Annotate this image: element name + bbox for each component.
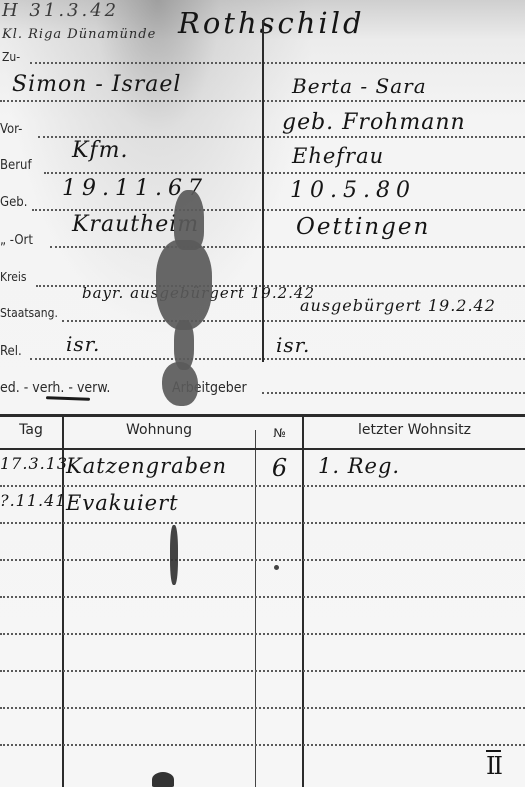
header-tag: Tag (0, 422, 62, 438)
column-divider (262, 20, 264, 362)
line-rel (30, 358, 525, 360)
husband-vorname: Simon - Israel (12, 72, 181, 97)
line-geb (32, 209, 525, 211)
label-kreis: Kreis (0, 270, 27, 284)
husband-beruf: Kfm. (72, 138, 128, 163)
col-line-wohnung (255, 430, 256, 787)
cell-nr: 6 (258, 454, 302, 482)
label-rel: Rel. (0, 344, 22, 359)
header-nr: № (257, 426, 302, 440)
ink-stain-body (156, 240, 212, 330)
label-surname: Zu- (2, 50, 20, 64)
line-arbeitgeber (262, 392, 525, 394)
ink-stain-base (162, 362, 198, 406)
row-line (0, 522, 525, 524)
wife-staatsang: ausgebürgert 19.2.42 (300, 296, 496, 315)
wife-geb-name: geb. Frohmann (282, 110, 466, 135)
cell-wohnung: Katzengraben (66, 454, 254, 478)
deportation-note: Kl. Riga Dünamünde (2, 27, 156, 42)
label-staatsang: Staatsang. (0, 306, 58, 320)
ink-dot (274, 565, 279, 570)
label-beruf: Beruf (0, 158, 32, 173)
registration-card: H 31.3.42 Kl. Riga Dünamünde Rothschild … (0, 0, 525, 787)
row-line (0, 670, 525, 672)
wife-vorname: Berta - Sara (292, 74, 427, 98)
row-line (0, 707, 525, 709)
header-note: H 31.3.42 (2, 0, 119, 21)
line-staatsang (62, 320, 525, 322)
label-geb: Geb. (0, 195, 27, 210)
row-line (0, 559, 525, 561)
line-ort (50, 246, 525, 248)
table-top-border (0, 414, 525, 417)
wife-beruf: Ehefrau (292, 144, 384, 168)
label-marital-status: ed. - verh. - verw. (0, 380, 110, 396)
footer-mark: II (486, 752, 501, 780)
cell-tag: ?.11.41 (0, 491, 60, 510)
line-surname (30, 62, 525, 64)
marital-underline (46, 396, 90, 401)
table-header-border (0, 448, 525, 450)
ink-drip (170, 525, 178, 585)
row-line (0, 596, 525, 598)
label-ort: „ -Ort (0, 233, 33, 248)
wife-geb: 10.5.80 (290, 178, 416, 203)
wife-ort: Oettingen (296, 214, 430, 240)
header-wohnung: Wohnung (64, 422, 254, 438)
cell-wohnung: Evakuiert (66, 491, 254, 515)
col-line-nr (302, 416, 304, 787)
label-vorname: Vor- (0, 122, 22, 137)
line-beruf (44, 172, 525, 174)
cell-letzter-wohnsitz: 1. Reg. (318, 454, 518, 478)
husband-rel: isr. (66, 332, 100, 356)
header-letzter-wohnsitz: letzter Wohnsitz (304, 422, 525, 438)
ink-spot-bottom (152, 772, 174, 787)
row-line (0, 744, 525, 746)
wife-rel: isr. (276, 333, 310, 357)
row-line (0, 633, 525, 635)
row-line (0, 485, 525, 487)
cell-tag: 17.3.13 (0, 454, 60, 473)
surname: Rothschild (178, 6, 365, 40)
